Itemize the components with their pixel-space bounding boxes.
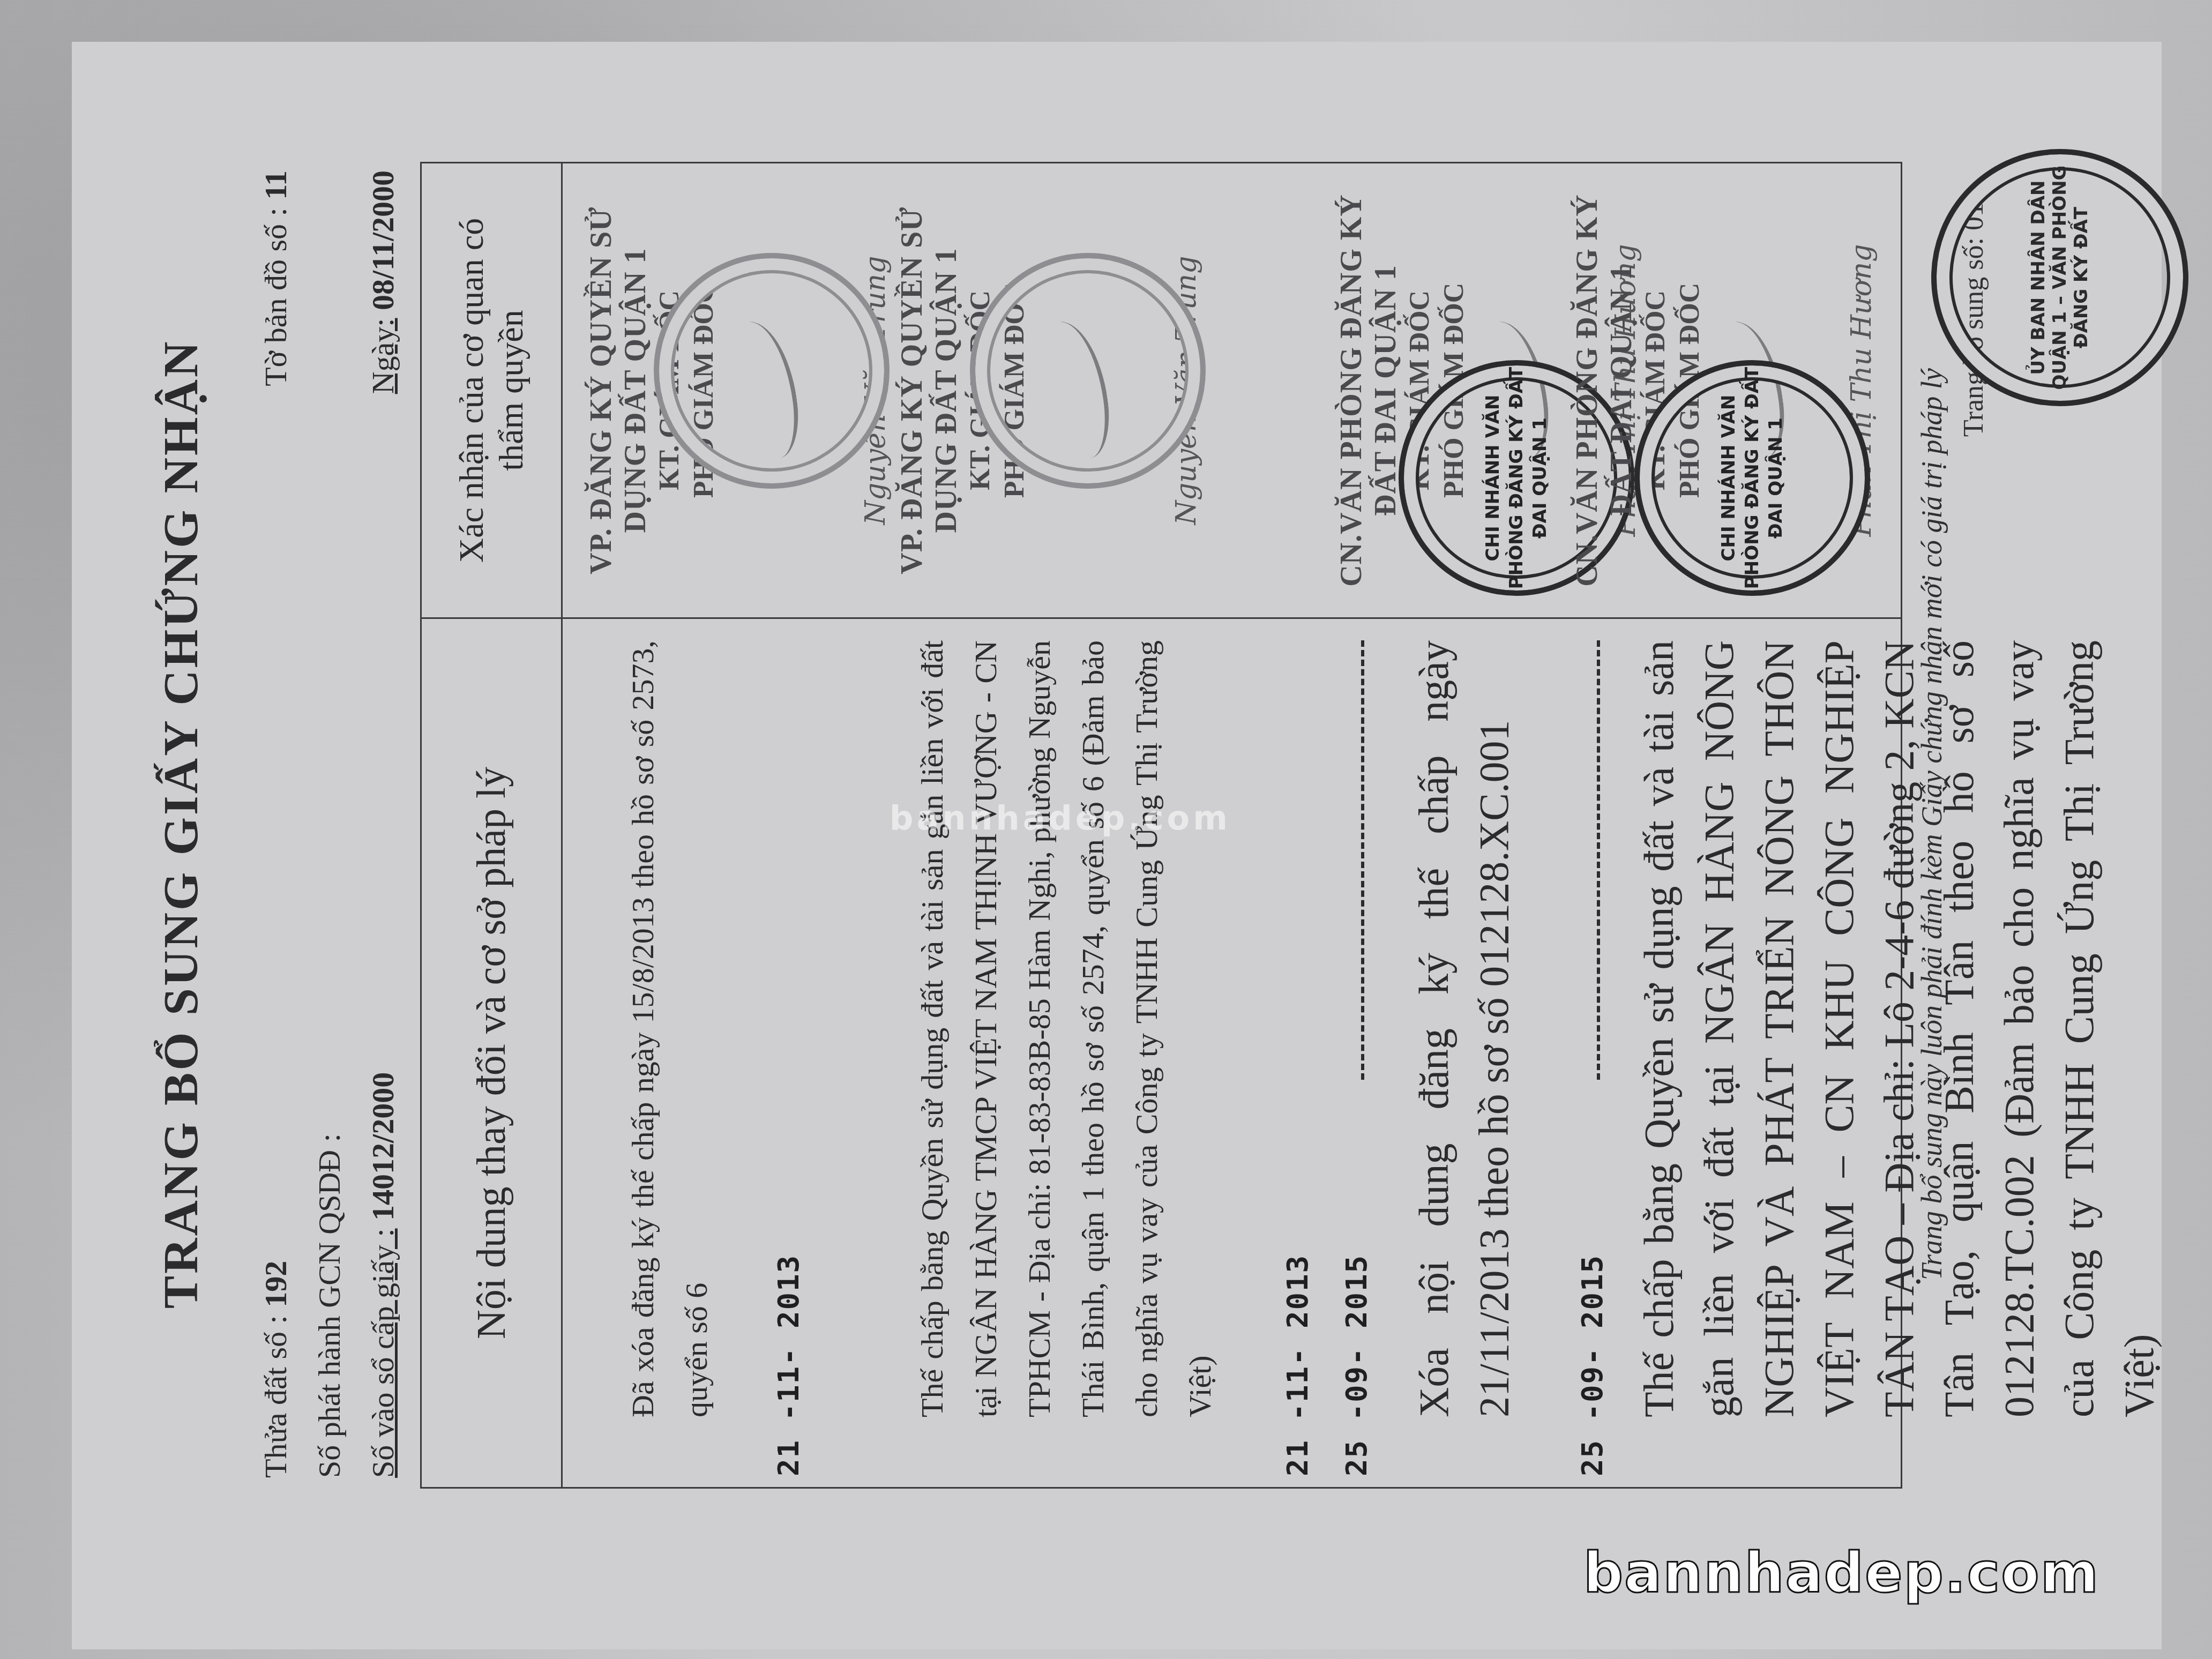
faint-seal-icon [654,253,890,489]
entry-date-stamp: 21 -11- 2013 [1281,1254,1314,1476]
entry-date-stamp: 25 -09- 2015 [1575,1254,1609,1476]
confirm-office: CN.VĂN PHÒNG ĐĂNG KÝ ĐẤT ĐAI QUẬN 1 [1570,163,1639,617]
confirm-office: VP. ĐĂNG KÝ QUYỀN SỬ DỤNG ĐẤT QUẬN 1 [895,163,963,617]
confirm-office: CN.VĂN PHÒNG ĐĂNG KÝ ĐẤT ĐAI QUẬN 1 [1334,163,1403,617]
confirmation-column: VP. ĐĂNG KÝ QUYỀN SỬ DỤNG ĐẤT QUẬN 1 KT.… [563,163,1901,617]
entry-content: Thế chấp bằng Quyền sử dụng đất và tài s… [1629,640,2169,1417]
footer-legal-note: Trang bổ sung này luôn phải đính kèm Giấ… [1915,138,1948,1510]
changes-column: Đã xóa đăng ký thế chấp ngày 15/8/2013 t… [563,617,1901,1487]
registry-number-label: Số vào sổ cấp giấy : [365,1228,400,1478]
certificate-supplement-page: TRANG BỔ SUNG GIẤY CHỨNG NHẬN Thửa đất s… [72,42,2162,1649]
separator-dashes [1361,640,1364,1080]
official-seal-icon: CHI NHÁNH VĂN PHÒNG ĐĂNG KÝ ĐẤT ĐAI QUẬN… [1634,360,1870,596]
district-seal-icon: ỦY BAN NHÂN DÂN QUẬN 1 – VĂN PHÒNG ĐĂNG … [1931,149,2188,406]
table-row: 25 -09- 2015 Xóa nội dung đăng ký thế ch… [1324,619,1549,1487]
entry-content: Thế chấp bằng Quyền sử dụng đất và tài s… [906,640,1227,1417]
table-header: Nội dung thay đổi và cơ sở pháp lý Xác n… [422,163,563,1487]
registry-number-value: 14012/2000 [365,1072,400,1221]
header-authority-confirmation: Xác nhận của cơ quan có thẩm quyền [422,163,561,617]
confirm-office: VP. ĐĂNG KÝ QUYỀN SỬ DỤNG ĐẤT QUẬN 1 [584,163,653,617]
table-row: 25 -09- 2015 Thế chấp bằng Quyền sử dụng… [1559,619,1892,1487]
header-changes-content: Nội dung thay đổi và cơ sở pháp lý [422,617,561,1487]
confirm-signer: Phan Thị Thu Hương [1845,163,1878,617]
meta-row-issue: Số phát hành GCN QSDĐ : [302,170,356,1478]
issue-number-value: : [312,1133,347,1142]
issue-date-label: Ngày: [365,318,400,394]
meta-row-registry: Số vào sổ cấp giấy : 14012/2000 Ngày: 08… [356,170,409,1478]
map-sheet-label: Tờ bản đồ số : [258,207,293,386]
page-title: TRANG BỔ SUNG GIẤY CHỨNG NHẬN [152,138,209,1510]
changes-table: Nội dung thay đổi và cơ sở pháp lý Xác n… [420,162,1902,1489]
parcel-number-value: 192 [258,1261,293,1307]
faint-seal-icon [970,253,1206,489]
table-row: Thế chấp bằng Quyền sử dụng đất và tài s… [884,619,1313,1487]
entry-content: Xóa nội dung đăng ký thế chấp ngày 21/11… [1404,640,1524,1417]
table-row: Đã xóa đăng ký thế chấp ngày 15/8/2013 t… [595,619,873,1487]
parcel-number-label: Thửa đất số : [258,1315,293,1478]
meta-row-parcel: Thửa đất số : 192 Tờ bản đồ số : 11 [249,170,302,1478]
issue-date-value: 08/11/2000 [365,170,400,310]
entry-date-stamp: 21 -11- 2013 [772,1254,805,1476]
entry-content: Đã xóa đăng ký thế chấp ngày 15/8/2013 t… [616,640,723,1417]
table-body: Đã xóa đăng ký thế chấp ngày 15/8/2013 t… [563,163,1901,1487]
separator-dashes [1597,640,1600,1080]
parcel-metadata: Thửa đất số : 192 Tờ bản đồ số : 11 Số p… [249,170,409,1478]
map-sheet-value: 11 [258,170,293,200]
issue-number-label: Số phát hành GCN QSDĐ [312,1150,347,1478]
entry-date-stamp: 25 -09- 2015 [1340,1254,1373,1476]
